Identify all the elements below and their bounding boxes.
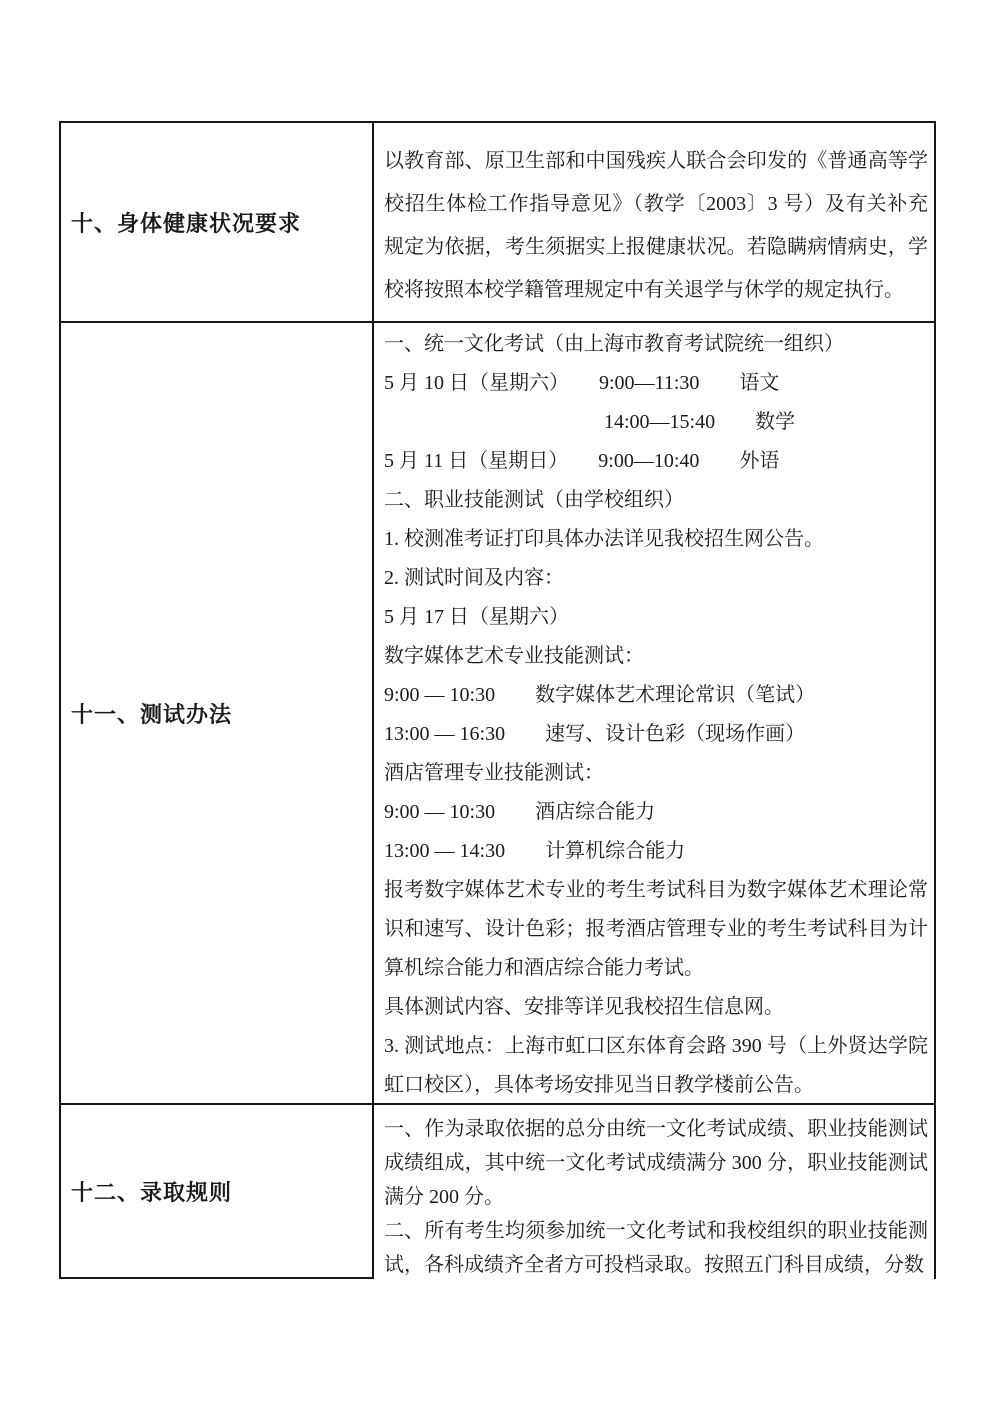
body-paragraph: 一、统一文化考试（由上海市教育考试院统一组织） [384, 325, 928, 364]
body-paragraph: 报考数字媒体艺术专业的考生考试科目为数字媒体艺术理论常识和速写、设计色彩；报考酒… [384, 871, 928, 988]
exam-schedule-line: 9:00 — 10:30 酒店综合能力 [384, 793, 928, 832]
body-paragraph: 二、所有考生均须参加统一文化考试和我校组织的职业技能测试，各科成绩齐全者方可投档… [384, 1214, 928, 1279]
section-body-cell: 以教育部、原卫生部和中国残疾人联合会印发的《普通高等学校招生体检工作指导意见》（… [374, 123, 934, 321]
table-row-admission-rules: 十二、录取规则 一、作为录取依据的总分由统一文化考试成绩、职业技能测试成绩组成，… [61, 1105, 934, 1279]
section-header-cell: 十、身体健康状况要求 [61, 123, 374, 321]
section-title-test-method: 十一、测试办法 [71, 698, 232, 729]
body-paragraph: 数字媒体艺术专业技能测试： [384, 637, 928, 676]
body-paragraph: 1. 校测准考证打印具体办法详见我校招生网公告。 [384, 520, 928, 559]
document-page: 十、身体健康状况要求 以教育部、原卫生部和中国残疾人联合会印发的《普通高等学校招… [0, 0, 992, 1403]
exam-schedule-line: 13:00 — 16:30 速写、设计色彩（现场作画） [384, 715, 928, 754]
section-title-admission-rules: 十二、录取规则 [71, 1176, 232, 1207]
body-paragraph: 具体测试内容、安排等详见我校招生信息网。 [384, 988, 928, 1027]
section-title-health-requirements: 十、身体健康状况要求 [71, 207, 301, 238]
body-paragraph: 3. 测试地点：上海市虹口区东体育会路 390 号（上外贤达学院虹口校区），具体… [384, 1027, 928, 1103]
body-paragraph: 酒店管理专业技能测试： [384, 754, 928, 793]
admissions-info-table: 十、身体健康状况要求 以教育部、原卫生部和中国残疾人联合会印发的《普通高等学校招… [59, 121, 936, 1279]
exam-schedule-line: 5 月 10 日（星期六） 9:00—11:30 语文 [384, 364, 928, 403]
section-header-cell: 十二、录取规则 [61, 1105, 374, 1279]
body-paragraph: 以教育部、原卫生部和中国残疾人联合会印发的《普通高等学校招生体检工作指导意见》（… [384, 140, 928, 312]
table-row-test-method: 十一、测试办法 一、统一文化考试（由上海市教育考试院统一组织） 5 月 10 日… [61, 323, 934, 1105]
body-paragraph: 2. 测试时间及内容： [384, 559, 928, 598]
table-row-health-requirements: 十、身体健康状况要求 以教育部、原卫生部和中国残疾人联合会印发的《普通高等学校招… [61, 123, 934, 323]
exam-schedule-line: 14:00—15:40 数学 [384, 403, 928, 442]
exam-schedule-line: 13:00 — 14:30 计算机综合能力 [384, 832, 928, 871]
section-body-cell: 一、作为录取依据的总分由统一文化考试成绩、职业技能测试成绩组成，其中统一文化考试… [374, 1105, 934, 1279]
exam-schedule-line: 5 月 11 日（星期日） 9:00—10:40 外语 [384, 442, 928, 481]
body-paragraph: 一、作为录取依据的总分由统一文化考试成绩、职业技能测试成绩组成，其中统一文化考试… [384, 1112, 928, 1214]
section-header-cell: 十一、测试办法 [61, 323, 374, 1103]
body-paragraph: 5 月 17 日（星期六） [384, 598, 928, 637]
section-body-cell: 一、统一文化考试（由上海市教育考试院统一组织） 5 月 10 日（星期六） 9:… [374, 323, 934, 1103]
exam-schedule-line: 9:00 — 10:30 数字媒体艺术理论常识（笔试） [384, 676, 928, 715]
body-paragraph: 二、职业技能测试（由学校组织） [384, 481, 928, 520]
